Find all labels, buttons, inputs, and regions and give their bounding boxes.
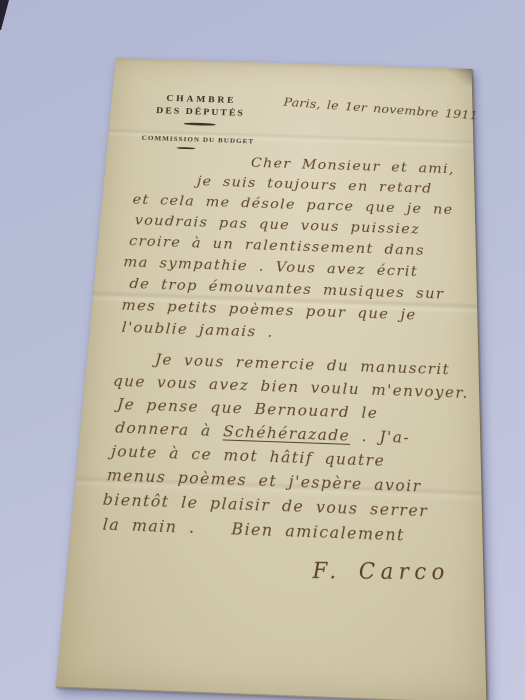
closing-text: Bien amicalement — [231, 519, 405, 545]
letter-paper: CHAMBRE DES DÉPUTÉS COMMISSION DU BUDGET… — [56, 58, 488, 700]
body-text: . J'a- — [350, 426, 410, 447]
dark-corner-object — [0, 0, 12, 34]
letterhead-ornament-rule — [184, 122, 216, 125]
signature: F. Carco — [312, 557, 468, 585]
letter-body: Cher Monsieur et ami, je suis toujours e… — [103, 149, 469, 587]
body-text: donnera à — [115, 418, 224, 440]
closing-gap — [195, 533, 231, 534]
letterhead: CHAMBRE DES DÉPUTÉS COMMISSION DU BUDGET — [141, 93, 258, 151]
letterhead-deputes: DES DÉPUTÉS — [144, 106, 258, 119]
commission-ornament-rule — [176, 147, 195, 150]
underlined-word: Schéhérazade — [223, 422, 351, 445]
body-text: la main . — [102, 514, 196, 537]
paper-corner-shade — [448, 68, 472, 85]
letterhead-commission: COMMISSION DU BUDGET — [141, 133, 256, 144]
letterhead-chambre: CHAMBRE — [145, 93, 258, 106]
photo-background: CHAMBRE DES DÉPUTÉS COMMISSION DU BUDGET… — [0, 0, 525, 700]
dateline: Paris, le 1er novembre 1911 — [283, 96, 478, 123]
